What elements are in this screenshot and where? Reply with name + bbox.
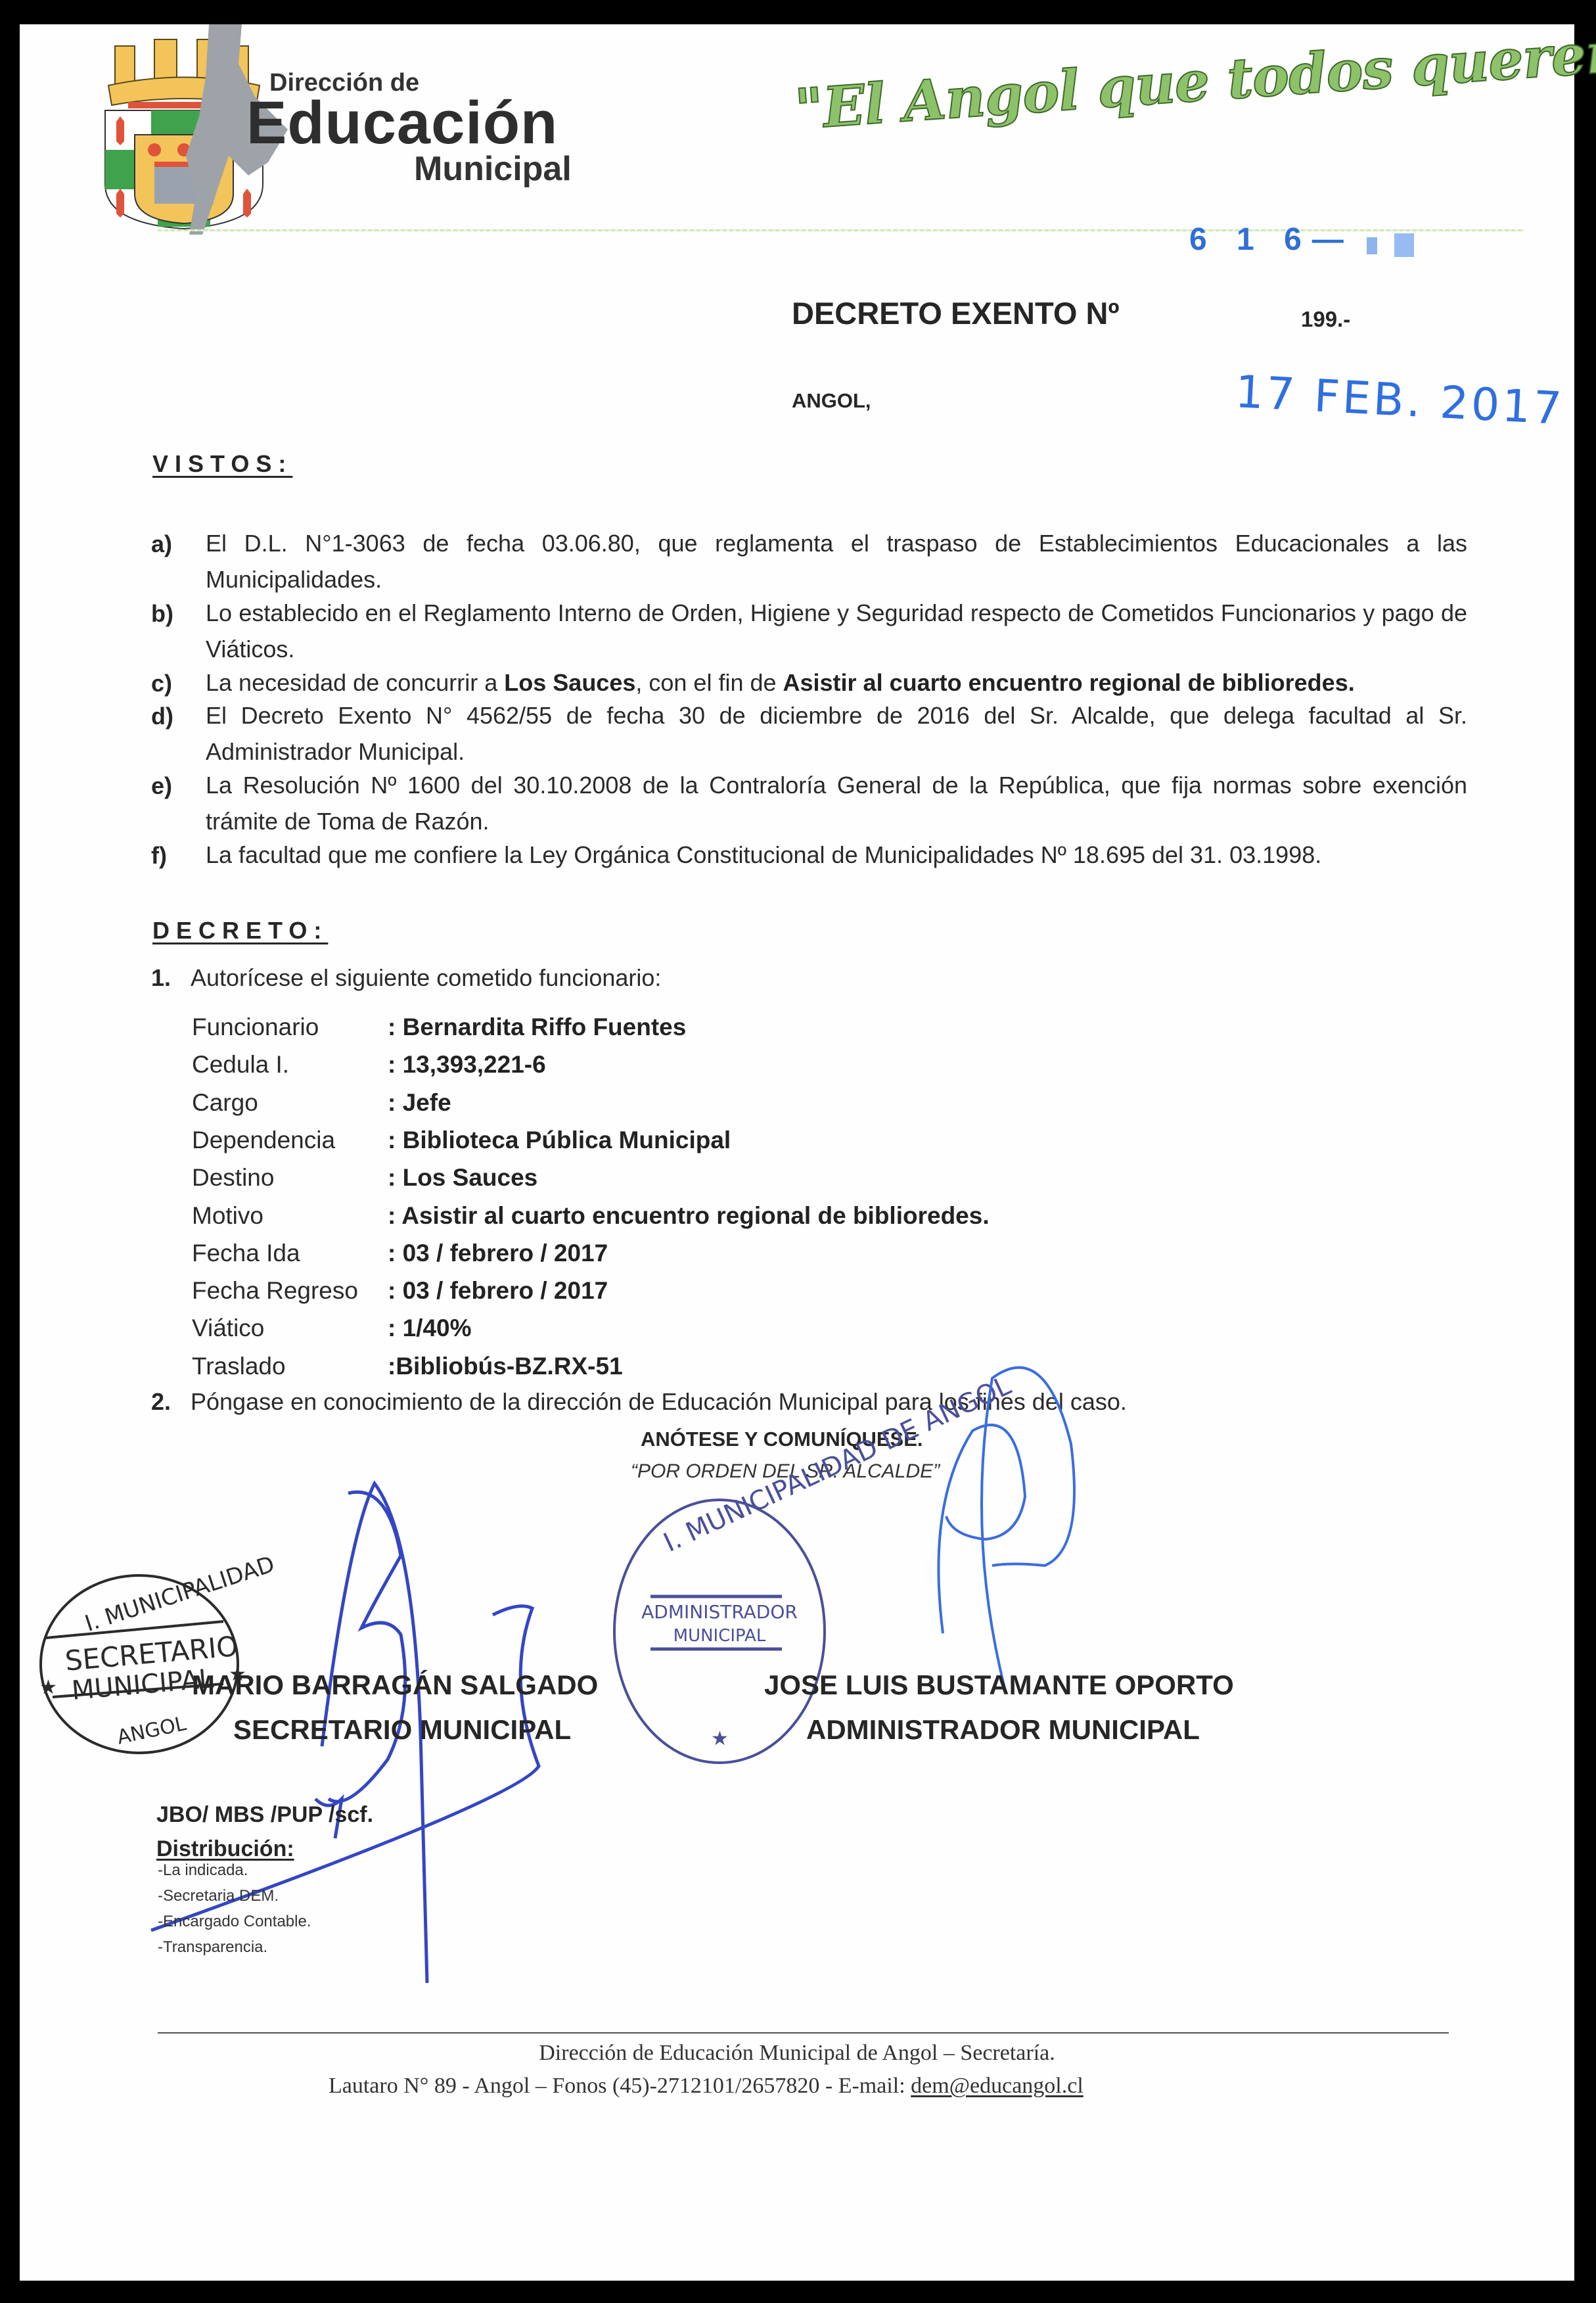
svg-text:MUNICIPAL: MUNICIPAL [673, 1626, 766, 1646]
date-stamp: 17 FEB. 2017 [1234, 366, 1566, 435]
decree-title: DECRETO EXENTO Nº [792, 295, 1120, 331]
field-value: : 1/40% [388, 1314, 472, 1342]
vistos-letter-f: f) [151, 842, 167, 870]
footer-divider [158, 2032, 1449, 2034]
signer-left-title: SECRETARIO MUNICIPAL [233, 1714, 571, 1746]
field-label: Cedula I. [192, 1051, 289, 1079]
field-label: Fecha Ida [192, 1240, 300, 1267]
field-value: : 03 / febrero / 2017 [388, 1240, 608, 1267]
decreto-point-1-text: Autorícese el siguiente cometido funcion… [191, 964, 661, 992]
field-value: : Bernardita Riffo Fuentes [388, 1013, 686, 1041]
field-value: : Jefe [388, 1089, 451, 1117]
signer-left-name: MARIO BARRAGÁN SALGADO [192, 1669, 598, 1701]
vistos-letter-b: b) [151, 600, 173, 628]
stamp-smudge-icon [1354, 233, 1419, 257]
field-value: :Bibliobús-BZ.RX-51 [388, 1353, 623, 1380]
field-value: : 03 / febrero / 2017 [388, 1277, 608, 1305]
decreto-point-2-text: Póngase en conocimiento de la dirección … [191, 1388, 1127, 1416]
distribution-item: -Transparencia. [158, 1938, 267, 1957]
distribution-item: -Encargado Contable. [158, 1913, 311, 1931]
vistos-letter-e: e) [151, 772, 172, 800]
field-label: Motivo [192, 1202, 263, 1230]
vistos-item-d: El Decreto Exento N° 4562/55 de fecha 30… [206, 697, 1467, 770]
svg-text:ANGOL: ANGOL [115, 1712, 189, 1749]
vistos-letter-c: c) [151, 670, 172, 697]
field-label: Traslado [192, 1353, 286, 1380]
closing-anotese: ANÓTESE Y COMUNÍQUESE. [641, 1428, 923, 1451]
footer-line-2: Lautaro N° 89 - Angol – Fonos (45)-27121… [329, 2074, 1083, 2099]
footer-email-link[interactable]: dem@educangol.cl [911, 2074, 1083, 2098]
svg-text:ADMINISTRADOR: ADMINISTRADOR [641, 1601, 798, 1623]
vistos-letter-d: d) [151, 703, 173, 730]
svg-text:I. MUNICIPALIDAD: I. MUNICIPALIDAD [81, 1551, 277, 1637]
decreto-point-1-number: 1. [151, 964, 171, 992]
vistos-item-a: El D.L. N°1-3063 de fecha 03.06.80, que … [206, 525, 1467, 597]
signer-right-title: ADMINISTRADOR MUNICIPAL [806, 1714, 1200, 1746]
field-label: Viático [192, 1314, 264, 1342]
distribution-item: -La indicada. [158, 1861, 248, 1880]
field-value: : Biblioteca Pública Municipal [388, 1127, 731, 1154]
slogan: "El Angol que todos queremos..." [793, 7, 1596, 142]
distribution-item: -Secretaria DEM. [158, 1887, 279, 1905]
vistos-item-b: Lo establecido en el Reglamento Interno … [206, 595, 1467, 667]
signer-right-name: JOSE LUIS BUSTAMANTE OPORTO [764, 1669, 1234, 1701]
field-label: Destino [192, 1164, 274, 1192]
vistos-letter-a: a) [151, 530, 172, 558]
logo-text-municipal: Municipal [414, 149, 572, 189]
field-label: Cargo [192, 1089, 258, 1117]
closing-por-orden: “POR ORDEN DEL SR. ALCALDE” [631, 1460, 940, 1483]
field-value: : 13,393,221-6 [388, 1051, 546, 1079]
decreto-heading: DECRETO: [152, 917, 328, 944]
city-label: ANGOL, [792, 389, 871, 413]
folio-stamp: 6 1 6— [1189, 221, 1354, 258]
initials: JBO/ MBS /PUP /scf. [156, 1802, 373, 1828]
field-label: Fecha Regreso [192, 1277, 358, 1305]
footer-address: Lautaro N° 89 - Angol – Fonos (45)-27121… [329, 2074, 911, 2098]
svg-text:★: ★ [39, 1677, 57, 1698]
svg-text:★: ★ [711, 1728, 729, 1750]
vistos-item-e: La Resolución Nº 1600 del 30.10.2008 de … [206, 767, 1467, 839]
signature-bustamante-icon [938, 1368, 1074, 1690]
vistos-heading: VISTOS: [152, 450, 292, 478]
field-value: : Los Sauces [388, 1164, 537, 1192]
vistos-item-f: La facultad que me confiere la Ley Orgán… [206, 837, 1467, 873]
field-label: Dependencia [192, 1127, 335, 1154]
decreto-point-2-number: 2. [151, 1388, 171, 1416]
logo-text-educacion: Educación [246, 89, 558, 158]
vistos-item-c: La necesidad de concurrir a Los Sauces, … [206, 664, 1467, 701]
field-value: : Asistir al cuarto encuentro regional d… [388, 1202, 990, 1230]
footer-line-1: Dirección de Educación Municipal de Ango… [20, 2041, 1574, 2066]
field-label: Funcionario [192, 1013, 319, 1041]
document-page: Dirección de Educación Municipal "El Ang… [20, 24, 1574, 2281]
distribution-heading: Distribución: [156, 1836, 294, 1862]
decree-number: 199.- [1301, 307, 1350, 332]
